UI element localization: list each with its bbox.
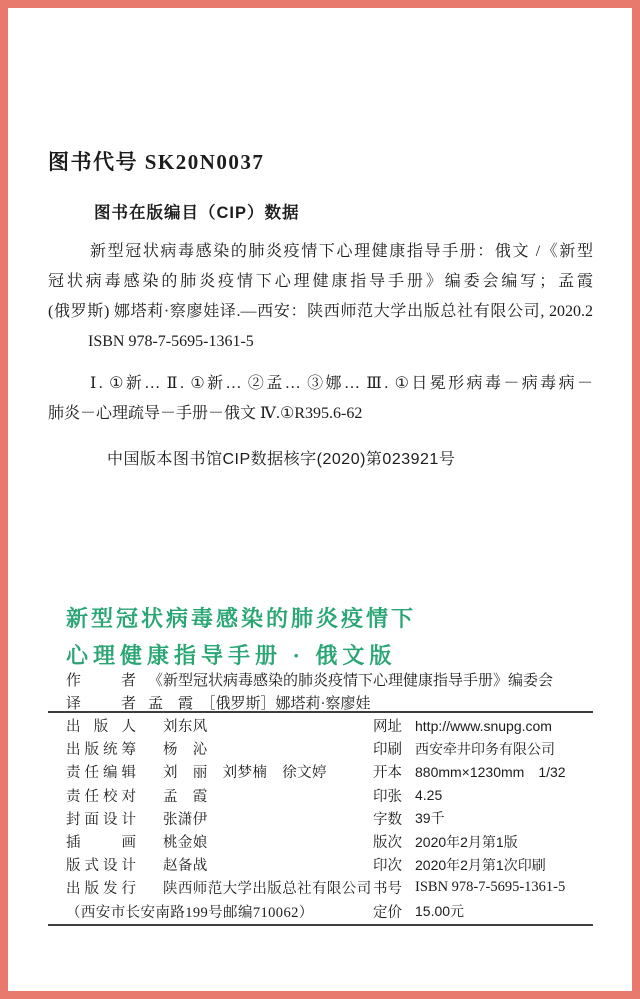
translator-value: 孟 霞 ［俄罗斯］娜塔莉·察廖娃 bbox=[148, 692, 371, 713]
table-row: 版式设计赵备战 印次 2020年2月第1次印刷 bbox=[66, 853, 593, 876]
book-title: 新型冠状病毒感染的肺炎疫情下 心理健康指导手册 · 俄文版 bbox=[66, 600, 416, 674]
book-title-line-1: 新型冠状病毒感染的肺炎疫情下 bbox=[66, 600, 416, 637]
cip-classification: Ⅰ. ①新… Ⅱ. ①新… ②孟… ③娜… Ⅲ. ①日冕形病毒－病毒病－ 肺炎－… bbox=[48, 369, 593, 429]
layout-design-value: 赵备战 bbox=[163, 854, 208, 875]
printer-label: 印刷 bbox=[373, 738, 415, 759]
illustration-label: 插画 bbox=[66, 831, 136, 852]
table-row: 封面设计张潇伊 字数 39千 bbox=[66, 807, 593, 830]
wordcount-label: 字数 bbox=[373, 808, 415, 829]
sheets-label: 印张 bbox=[373, 785, 415, 806]
format-label: 开本 bbox=[373, 761, 415, 782]
cover-design-label: 封面设计 bbox=[66, 808, 136, 829]
credits-block: 作者 《新型冠状病毒感染的肺炎疫情下心理健康指导手册》编委会 译者 孟 霞 ［俄… bbox=[66, 668, 593, 714]
copyright-page: 图书代号 SK20N0037 图书在版编目（CIP）数据 新型冠状病毒感染的肺炎… bbox=[0, 0, 640, 999]
price-value: 15.00元 bbox=[415, 901, 464, 921]
publisher-value: 刘东风 bbox=[163, 715, 208, 736]
website-value: http://www.snupg.com bbox=[415, 718, 552, 734]
table-row: （西安市长安南路199号邮编710062） 定价 15.00元 bbox=[66, 900, 593, 923]
book-code: 图书代号 SK20N0037 bbox=[48, 146, 264, 176]
sheets-value: 4.25 bbox=[415, 787, 442, 803]
cip-record-number: 中国版本图书馆CIP数据核字(2020)第023921号 bbox=[107, 446, 455, 469]
impression-label: 印次 bbox=[373, 854, 415, 875]
website-label: 网址 bbox=[373, 715, 415, 736]
editor-value: 刘 丽 刘梦楠 徐文婷 bbox=[163, 761, 327, 782]
author-value: 《新型冠状病毒感染的肺炎疫情下心理健康指导手册》编委会 bbox=[148, 669, 553, 690]
table-row: 责任编辑刘 丽 刘梦楠 徐文婷 开本 880mm×1230mm 1/32 bbox=[66, 760, 593, 783]
proofreader-value: 孟 霞 bbox=[163, 785, 208, 806]
edition-label: 版次 bbox=[373, 831, 415, 852]
coordinator-value: 杨 沁 bbox=[163, 738, 208, 759]
illustration-value: 桃金娘 bbox=[163, 831, 208, 852]
table-row: 责任校对孟 霞 印张 4.25 bbox=[66, 784, 593, 807]
divider-top bbox=[48, 711, 593, 713]
price-label: 定价 bbox=[373, 901, 415, 922]
coordinator-label: 出版统筹 bbox=[66, 738, 136, 759]
cip-paragraph-line-2: 冠状病毒感染的肺炎疫情下心理健康指导手册》编委会编写；孟霞 bbox=[48, 267, 593, 297]
format-value: 880mm×1230mm 1/32 bbox=[415, 762, 566, 782]
table-row: 出版统筹杨 沁 印刷 西安牵井印务有限公司 bbox=[66, 737, 593, 760]
wordcount-value: 39千 bbox=[415, 808, 445, 828]
distributor-value: 陕西师范大学出版总社有限公司 bbox=[163, 877, 372, 898]
publisher-label: 出版人 bbox=[66, 715, 136, 736]
book-number-label: 书号 bbox=[373, 877, 415, 898]
cip-paragraph-line-1: 新型冠状病毒感染的肺炎疫情下心理健康指导手册：俄文 /《新型 bbox=[48, 237, 593, 267]
translator-label: 译者 bbox=[66, 692, 136, 713]
cip-paragraph: 新型冠状病毒感染的肺炎疫情下心理健康指导手册：俄文 /《新型 冠状病毒感染的肺炎… bbox=[48, 237, 593, 357]
distributor-label: 出版发行 bbox=[66, 877, 136, 898]
table-row: 出版发行陕西师范大学出版总社有限公司 书号 ISBN 978-7-5695-13… bbox=[66, 876, 593, 899]
isbn-line: ISBN 978-7-5695-1361-5 bbox=[48, 327, 593, 357]
table-row: 出版人刘东风 网址 http://www.snupg.com bbox=[66, 714, 593, 737]
author-row: 作者 《新型冠状病毒感染的肺炎疫情下心理健康指导手册》编委会 bbox=[66, 668, 593, 691]
table-row: 插画桃金娘 版次 2020年2月第1版 bbox=[66, 830, 593, 853]
cip-class-line-1: Ⅰ. ①新… Ⅱ. ①新… ②孟… ③娜… Ⅲ. ①日冕形病毒－病毒病－ bbox=[48, 369, 593, 399]
cip-class-line-2: 肺炎－心理疏导－手册－俄文 Ⅳ.①R395.6-62 bbox=[48, 399, 593, 429]
cip-paragraph-line-3: (俄罗斯) 娜塔莉·察廖娃译.—西安：陕西师范大学出版总社有限公司, 2020.… bbox=[48, 297, 593, 327]
proofreader-label: 责任校对 bbox=[66, 785, 136, 806]
colophon-table: 出版人刘东风 网址 http://www.snupg.com 出版统筹杨 沁 印… bbox=[66, 714, 593, 923]
author-label: 作者 bbox=[66, 669, 136, 690]
edition-value: 2020年2月第1版 bbox=[415, 832, 518, 852]
publisher-address: （西安市长安南路199号邮编710062） bbox=[66, 901, 314, 922]
editor-label: 责任编辑 bbox=[66, 761, 136, 782]
cover-design-value: 张潇伊 bbox=[163, 808, 208, 829]
impression-value: 2020年2月第1次印刷 bbox=[415, 855, 546, 875]
cip-heading: 图书在版编目（CIP）数据 bbox=[94, 199, 300, 223]
layout-design-label: 版式设计 bbox=[66, 854, 136, 875]
divider-bottom bbox=[48, 924, 593, 926]
book-number-value: ISBN 978-7-5695-1361-5 bbox=[415, 879, 565, 896]
printer-value: 西安牵井印务有限公司 bbox=[415, 739, 555, 759]
